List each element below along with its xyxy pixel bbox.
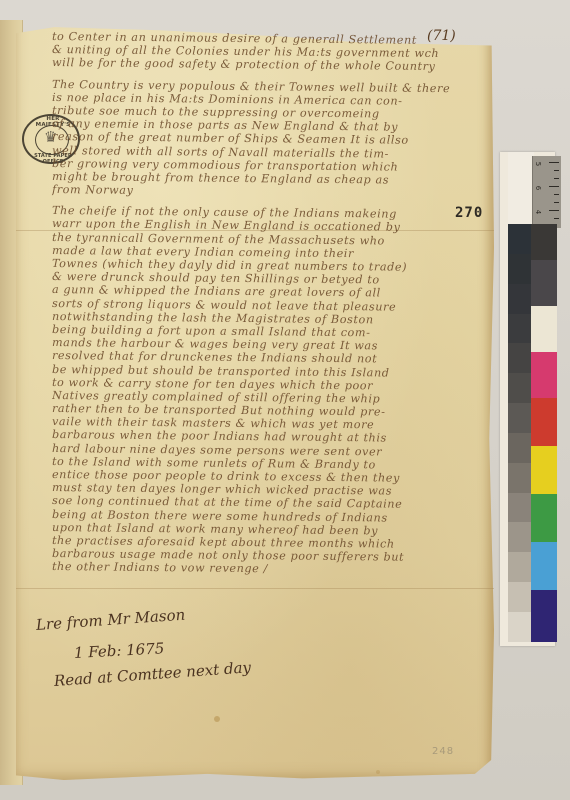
gray-patch	[508, 433, 532, 463]
gray-patch	[508, 254, 532, 284]
gray-patch	[508, 224, 532, 254]
yellow-patch	[531, 446, 557, 494]
gray-patch	[508, 463, 532, 493]
scale-ruler: 5 6 4	[532, 156, 561, 228]
ruler-label: 5	[534, 162, 542, 166]
color-calibration-target: 5 6 4	[500, 152, 555, 646]
color-patch-strip	[531, 224, 557, 642]
cyan-patch	[531, 542, 557, 590]
gray-patch	[508, 612, 532, 642]
grayscale-strip	[508, 224, 532, 642]
gray-patch	[508, 343, 532, 373]
gray-patch	[508, 403, 532, 433]
green-patch	[531, 494, 557, 542]
white-patch	[531, 306, 557, 352]
ruler-label: 6	[534, 186, 542, 190]
fold-line	[16, 588, 494, 589]
gray-patch	[508, 314, 532, 344]
gray-patch	[508, 582, 532, 612]
red-patch	[531, 398, 557, 446]
black-patch	[531, 224, 557, 260]
manuscript-body: to Center in an unanimous desire of a ge…	[52, 30, 494, 574]
folio-number-bottom: 248	[432, 746, 454, 757]
gray-patch	[508, 493, 532, 523]
gray-patch	[508, 373, 532, 403]
ink-stain	[376, 770, 380, 774]
blue-patch	[531, 590, 557, 642]
ink-stain	[214, 716, 220, 722]
target-blank-patch	[508, 152, 534, 224]
magenta-patch	[531, 352, 557, 398]
dark-gray-patch	[531, 260, 557, 306]
ruler-label: 4	[534, 210, 542, 214]
gray-patch	[508, 522, 532, 552]
gray-patch	[508, 284, 532, 314]
gray-patch	[508, 552, 532, 582]
